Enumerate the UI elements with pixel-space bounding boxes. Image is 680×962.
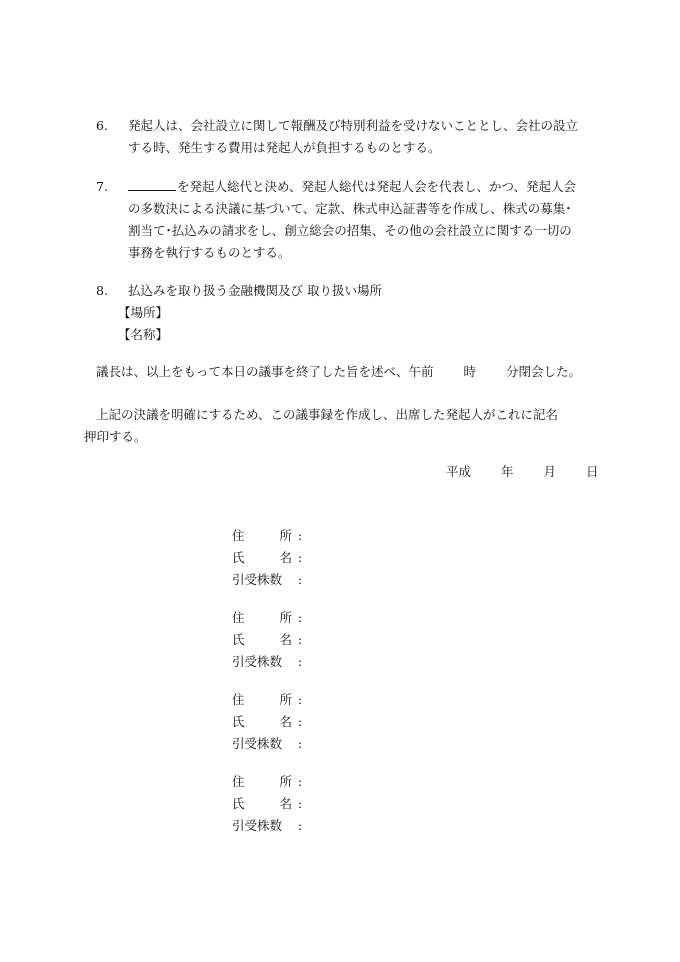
place-label: 【場所】 xyxy=(118,302,168,324)
date-day: 日 xyxy=(586,461,599,483)
address-label: 住所 xyxy=(232,689,292,711)
date-era: 平成 xyxy=(446,461,471,483)
shares-label: 引受株数 xyxy=(232,733,292,755)
colon: : xyxy=(298,733,302,755)
item-number: 8. xyxy=(96,280,108,302)
blank-fill-line[interactable] xyxy=(128,176,176,191)
name-label: 氏名 xyxy=(232,711,292,733)
item-text-line: 割当て･払込みの請求をし、創立総会の招集、その他の会社設立に関する一切の xyxy=(128,220,572,242)
item-text-line: を発起人総代と決め、発起人総代は発起人会を代表し、かつ、発起人会 xyxy=(128,176,576,198)
colon: : xyxy=(298,547,302,569)
address-label: 住所 xyxy=(232,607,292,629)
name-label: 氏名 xyxy=(232,629,292,651)
item-text-line: の多数決による決議に基づいて、定款、株式申込証書等を作成し、株式の募集･ xyxy=(128,198,572,220)
item-text-line: 事務を執行するものとする。 xyxy=(128,242,291,264)
item-number: 7. xyxy=(96,176,108,198)
colon: : xyxy=(298,651,302,673)
item-text-line: 発起人は、会社設立に関して報酬及び特別利益を受けないこととし、会社の設立 xyxy=(128,115,578,137)
date-line: 平成 年 月 日 xyxy=(446,461,598,483)
item-number: 6. xyxy=(96,115,108,137)
address-label: 住所 xyxy=(232,771,292,793)
colon: : xyxy=(298,569,302,591)
date-month: 月 xyxy=(543,461,556,483)
name-label: 氏名 xyxy=(232,547,292,569)
colon: : xyxy=(298,525,302,547)
resolution-line: 上記の決議を明確にするため、この議事録を作成し、出席した発起人がこれに記名 xyxy=(96,404,558,426)
shares-label: 引受株数 xyxy=(232,651,292,673)
colon: : xyxy=(298,793,302,815)
shares-label: 引受株数 xyxy=(232,569,292,591)
resolution-line: 押印する。 xyxy=(84,426,147,448)
colon: : xyxy=(298,629,302,651)
adjourn-text: 議長は、以上をもって本日の議事を終了した旨を述べ、午前 xyxy=(96,364,434,379)
item-text-line: する時、発生する費用は発起人が負担するものとする。 xyxy=(128,137,441,159)
colon: : xyxy=(298,607,302,629)
adjourn-minute-text: 分閉会した。 xyxy=(506,364,581,379)
colon: : xyxy=(298,815,302,837)
shares-label: 引受株数 xyxy=(232,815,292,837)
colon: : xyxy=(298,771,302,793)
item-text-segment: を発起人総代と決め、発起人総代は発起人会を代表し、かつ、発起人会 xyxy=(177,179,576,194)
address-label: 住所 xyxy=(232,525,292,547)
date-year: 年 xyxy=(501,461,514,483)
adjourn-hour: 時 xyxy=(463,364,476,379)
name-label: 氏名 xyxy=(232,793,292,815)
colon: : xyxy=(298,689,302,711)
name-label: 【名称】 xyxy=(118,324,168,346)
item-text-line: 払込みを取り扱う金融機関及び 取り扱い場所 xyxy=(128,280,382,302)
colon: : xyxy=(298,711,302,733)
adjourn-statement: 議長は、以上をもって本日の議事を終了した旨を述べ、午前 時 分閉会した。 xyxy=(96,361,581,383)
